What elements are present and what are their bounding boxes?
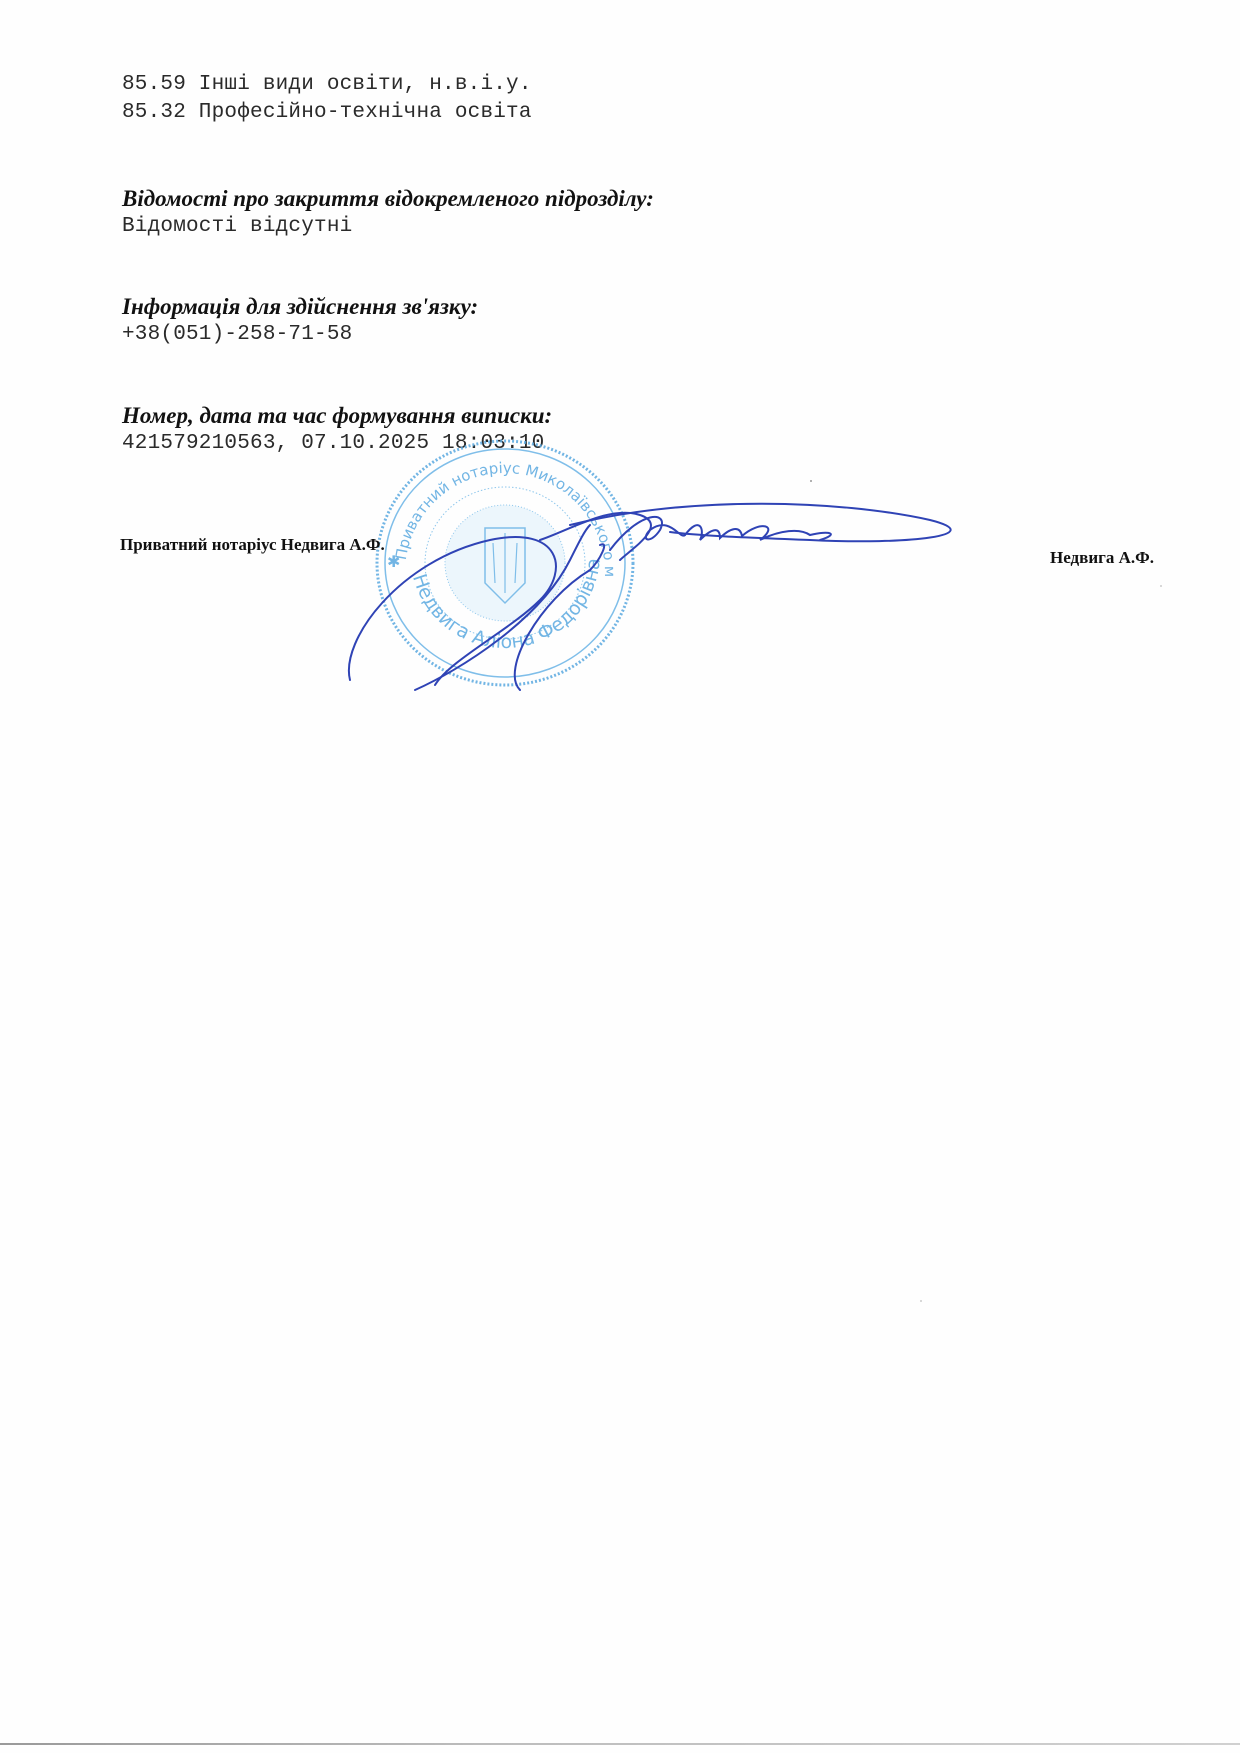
- activity-code-line: 85.32 Професійно-технічна освіта: [122, 101, 532, 124]
- closure-value: Відомості відсутні: [122, 215, 352, 238]
- notary-name-label: Недвига А.Ф.: [1050, 548, 1154, 568]
- signature-icon: [340, 500, 1020, 710]
- scan-edge-line: [0, 1743, 1240, 1745]
- extract-heading: Номер, дата та час формування виписки:: [122, 403, 552, 429]
- scan-speck: [810, 480, 812, 482]
- scan-speck: [920, 1300, 922, 1302]
- document-page: 85.59 Інші види освіти, н.в.і.у. 85.32 П…: [0, 0, 1240, 1753]
- contact-phone: +38(051)-258-71-58: [122, 323, 352, 346]
- scan-speck: [1160, 585, 1162, 587]
- contact-heading: Інформація для здійснення зв'язку:: [122, 294, 478, 320]
- closure-heading: Відомості про закриття відокремленого пі…: [122, 186, 654, 212]
- activity-code-line: 85.59 Інші види освіти, н.в.і.у.: [122, 73, 532, 96]
